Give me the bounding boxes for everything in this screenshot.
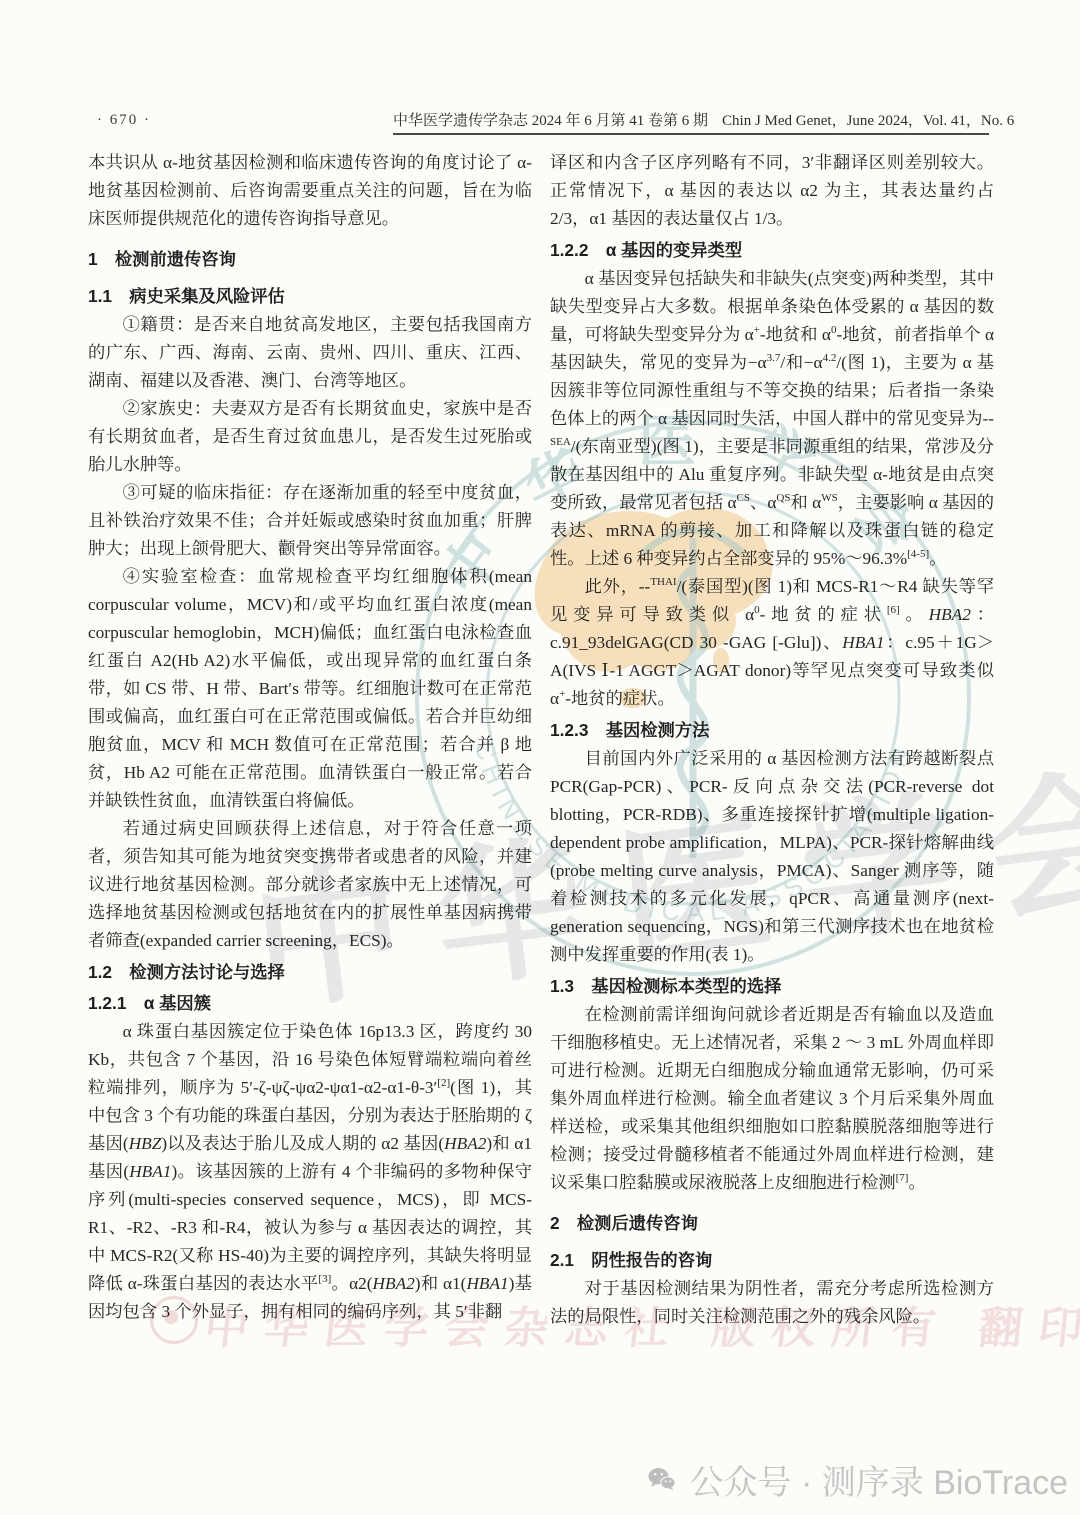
paragraph: ④实验室检查：血常规检查平均红细胞体积(mean corpuscular vol… [88,563,532,815]
page-number: · 670 · [97,112,151,129]
wechat-banner: 公众号 · 测序录 BioTrace [648,1448,1068,1510]
section-heading: 1.2.3 基因检测方法 [550,716,994,744]
section-heading: 1.2.2 α 基因的变异类型 [550,236,994,264]
right-column: 译区和内含子区序列略有不同，3′非翻译区则差别较大。正常情况下，α 基因的表达以… [550,149,994,1439]
section-heading: 1.2 检测方法讨论与选择 [88,958,532,986]
paragraph: 在检测前需详细询问就诊者近期是否有输血以及造血干细胞移植史。无上述情况者，采集 … [550,1001,994,1197]
paragraph: 对于基因检测结果为阴性者，需充分考虑所选检测方法的局限性，同时关注检测范围之外的… [550,1275,994,1331]
section-heading: 1.2.1 α 基因簇 [88,989,532,1017]
left-column: 本共识从 α-地贫基因检测和临床遗传咨询的角度讨论了 α-地贫基因检测前、后咨询… [88,149,532,1439]
paragraph: 此外，--THAI/(泰国型)(图 1)和 MCS-R1～R4 缺失等罕见变异可… [550,573,994,713]
section-heading: 1 检测前遗传咨询 [88,245,532,273]
section-heading: 2.1 阴性报告的咨询 [550,1246,994,1274]
paragraph: ②家族史：夫妻双方是否有长期贫血史，家族中是否有长期贫血者，是否生育过贫血患儿，… [88,395,532,479]
section-heading: 1.1 病史采集及风险评估 [88,282,532,310]
paragraph: 本共识从 α-地贫基因检测和临床遗传咨询的角度讨论了 α-地贫基因检测前、后咨询… [88,149,532,233]
paragraph: α 基因变异包括缺失和非缺失(点突变)两种类型，其中缺失型变异占大多数。根据单条… [550,265,994,573]
journal-title-en: Chin J Med Genet，June 2024，Vol. 41，No. 6 [722,113,1014,129]
journal-header: 中华医学遗传学杂志 2024 年 6 月第 41 卷第 6 期Chin J Me… [393,109,989,130]
paragraph: α 珠蛋白基因簇定位于染色体 16p13.3 区，跨度约 30 Kb，共包含 7… [88,1018,532,1326]
paragraph: ①籍贯：是否来自地贫高发地区，主要包括我国南方的广东、广西、海南、云南、贵州、四… [88,311,532,395]
paragraph: 目前国内外广泛采用的 α 基因检测方法有跨越断裂点 PCR(Gap-PCR)、P… [550,745,994,969]
journal-title-cn: 中华医学遗传学杂志 2024 年 6 月第 41 卷第 6 期 [393,113,708,129]
paragraph: 若通过病史回顾获得上述信息，对于符合任意一项者，须告知其可能为地贫突变携带者或患… [88,815,532,955]
wechat-icon [648,1455,676,1503]
paragraph: ③可疑的临床指征：存在逐渐加重的轻至中度贫血，且补铁治疗效果不佳；合并妊娠或感染… [88,479,532,563]
paragraph: 译区和内含子区序列略有不同，3′非翻译区则差别较大。正常情况下，α 基因的表达以… [550,149,994,233]
section-heading: 2 检测后遗传咨询 [550,1209,994,1237]
header-rule [393,133,989,135]
section-heading: 1.3 基因检测标本类型的选择 [550,972,994,1000]
wechat-banner-label: 公众号 · 测序录 BioTrace [690,1455,1068,1504]
